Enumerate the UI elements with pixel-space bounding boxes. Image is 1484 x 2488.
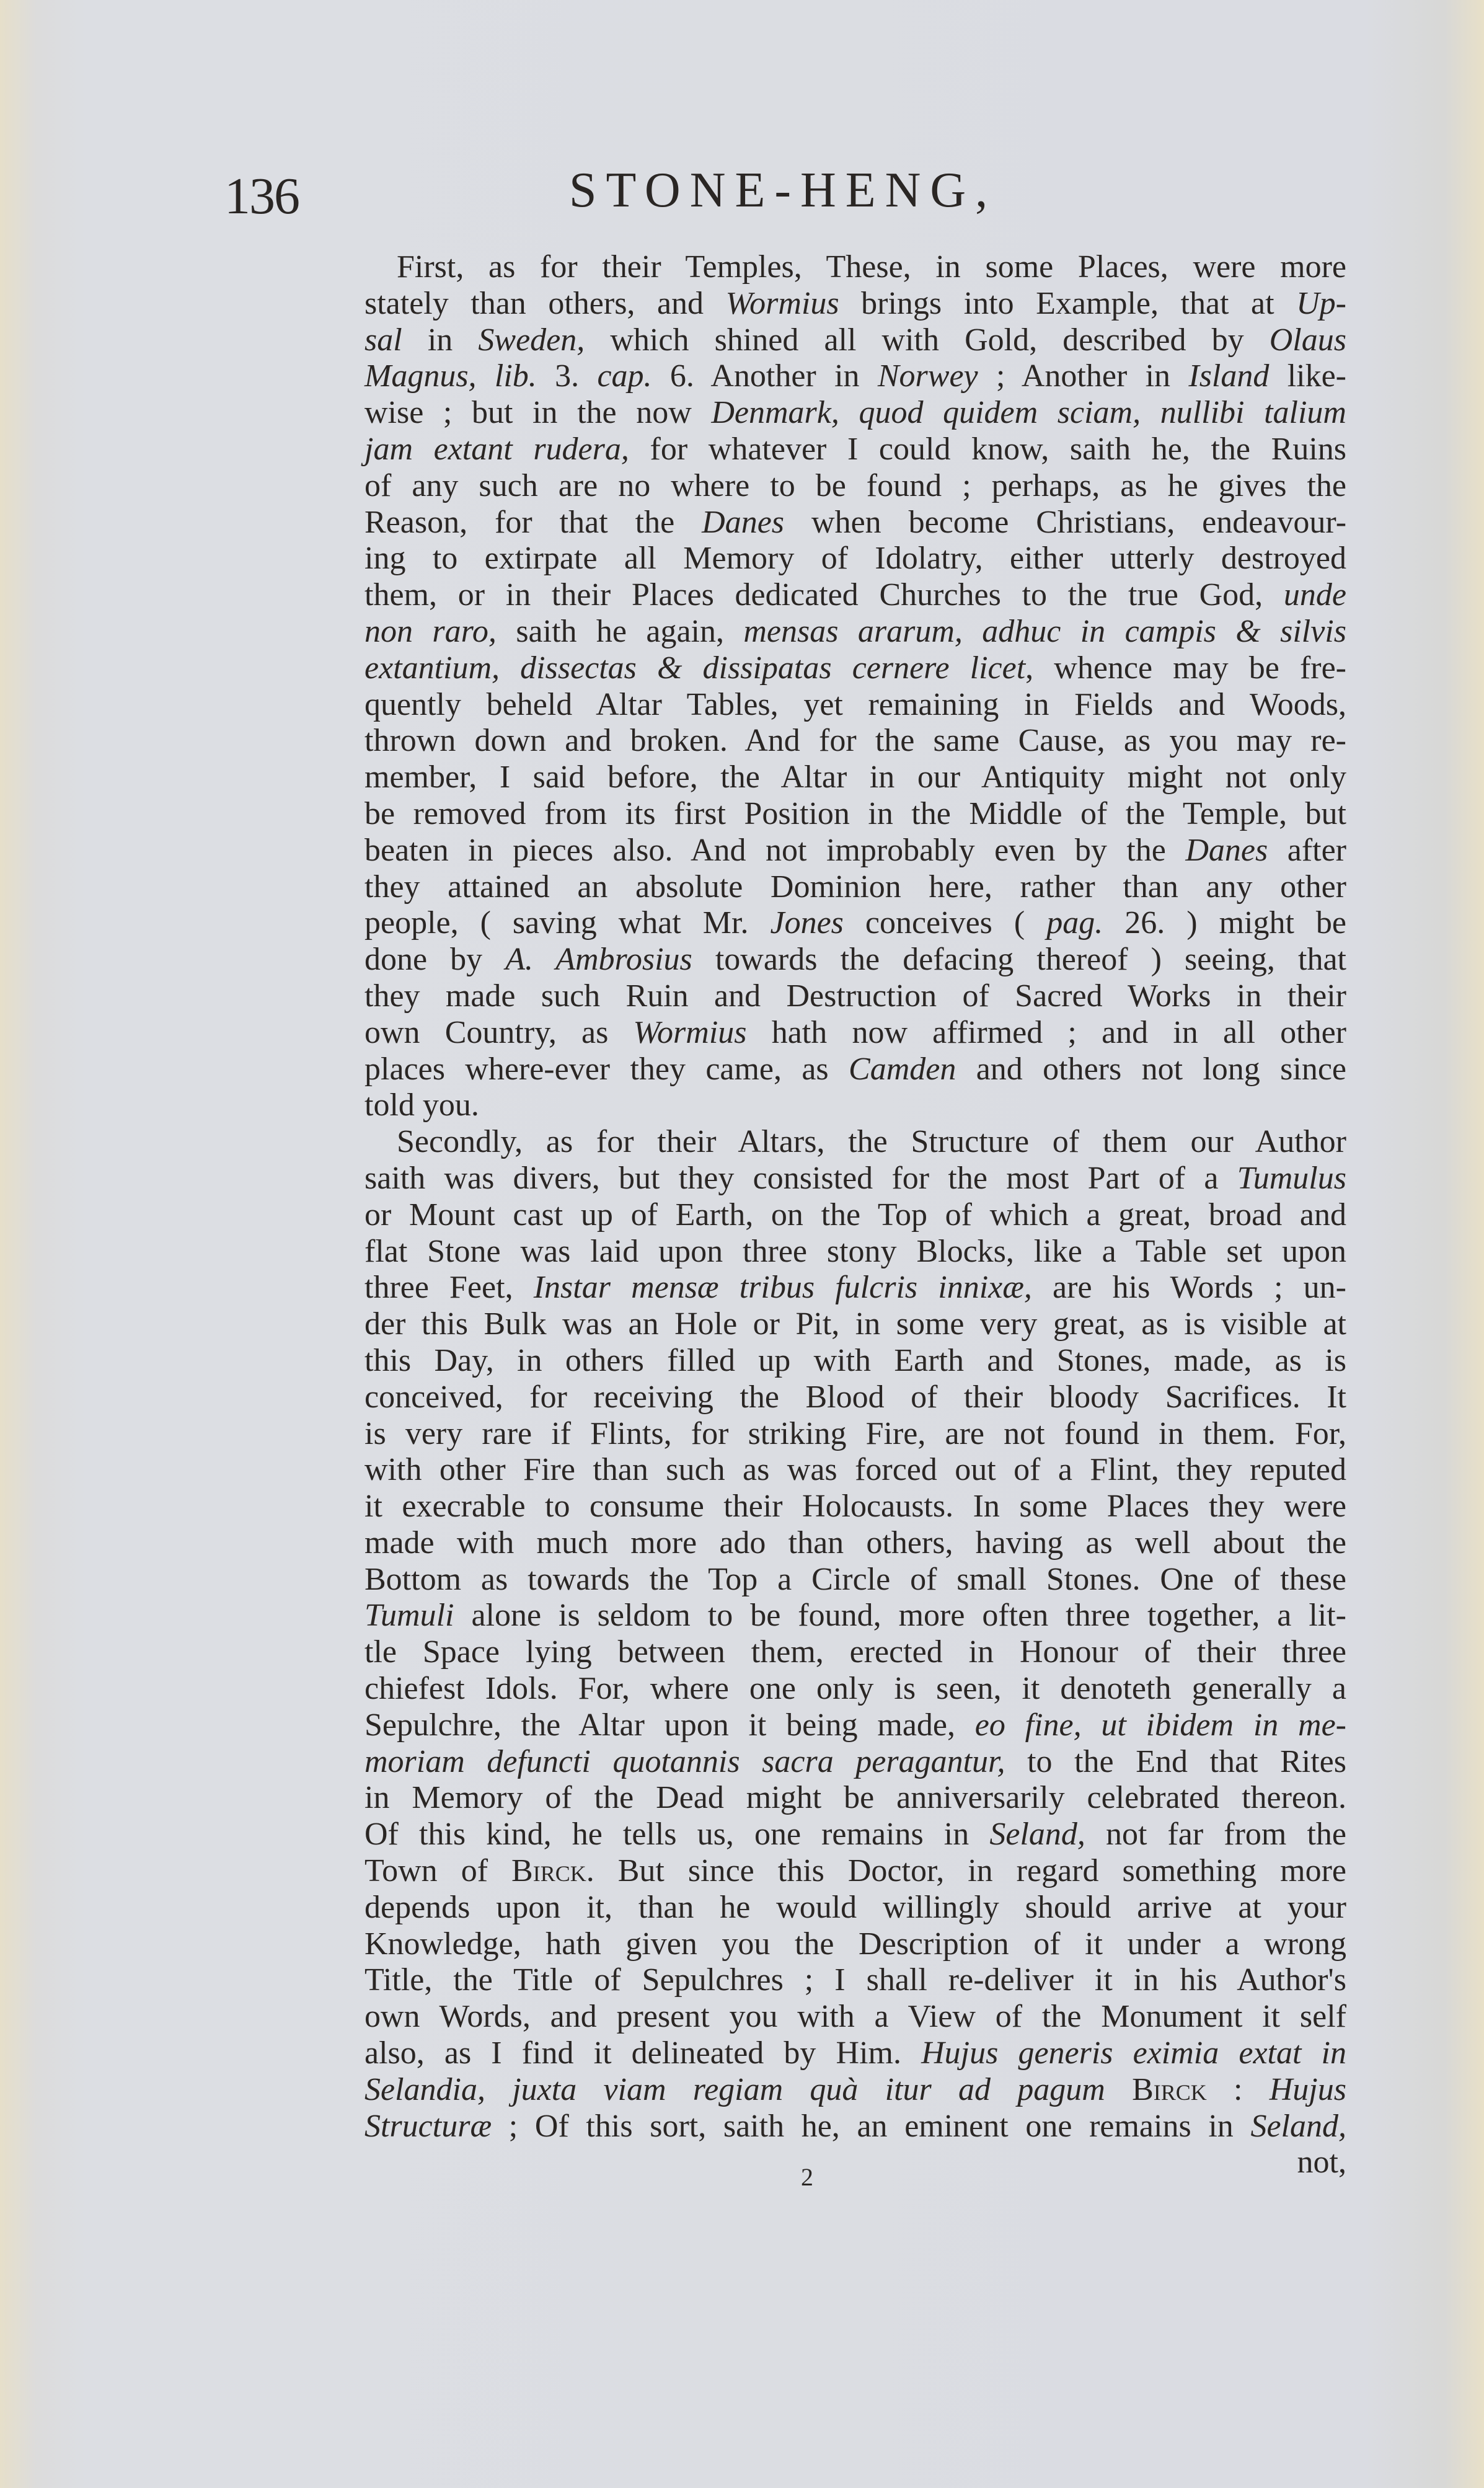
text-line: wise ; but in the now Denmark, quod quid… [364, 395, 1346, 432]
text-line: member, I said before, the Altar in our … [364, 759, 1346, 796]
italic-text: Magnus, lib. [364, 358, 537, 394]
text-line: quently beheld Altar Tables, yet remaini… [364, 687, 1346, 724]
roman-text: Knowledge, hath given you the Descriptio… [364, 1926, 1346, 1962]
roman-text: places where-ever they came, as [364, 1051, 849, 1087]
italic-text: Island [1188, 358, 1269, 394]
catchword: not, [364, 2145, 1346, 2181]
italic-text: Danes [1185, 833, 1268, 868]
text-line: non raro, saith he again, mensas ararum,… [364, 614, 1346, 650]
italic-text: Wormius [726, 286, 839, 321]
roman-text: them, or in their Places dedicated Churc… [364, 577, 1284, 613]
italic-text: cap. [597, 358, 651, 394]
text-line: depends upon it, than he would willingly… [364, 1890, 1346, 1926]
roman-text: chiefest Idols. For, where one only is s… [364, 1671, 1346, 1706]
italic-text: Camden [849, 1051, 956, 1087]
roman-text: saith he again, [497, 614, 743, 649]
text-line: it execrable to consume their Holocausts… [364, 1489, 1346, 1525]
text-line: Town of Birck. But since this Doctor, in… [364, 1853, 1346, 1890]
italic-text: sal [364, 322, 402, 358]
roman-text: they attained an absolute Dominion here,… [364, 869, 1346, 905]
roman-text: three Feet, [364, 1270, 534, 1305]
text-line: or Mount cast up of Earth, on the Top of… [364, 1197, 1346, 1234]
roman-text: Reason, for that the [364, 505, 702, 540]
running-head: STONE-HENG, [569, 162, 997, 219]
roman-text: brings into Example, that at [839, 286, 1297, 321]
italic-text: mensas ararum, adhuc in campis & silvis [743, 614, 1346, 649]
roman-text: : [1207, 2072, 1270, 2107]
roman-text: towards the defacing thereof ) seeing, t… [692, 942, 1346, 977]
signature-mark: 2 [801, 2163, 813, 2192]
roman-text: beaten in pieces also. And not improbabl… [364, 833, 1185, 868]
text-line: chiefest Idols. For, where one only is s… [364, 1671, 1346, 1707]
page-number: 136 [224, 166, 299, 226]
text-line: they made such Ruin and Destruction of S… [364, 978, 1346, 1015]
text-line: Sepulchre, the Altar upon it being made,… [364, 1707, 1346, 1744]
text-line: beaten in pieces also. And not improbabl… [364, 833, 1346, 869]
body-text: First, as for their Temples, These, in s… [364, 249, 1346, 2181]
italic-text: A. Ambrosius [505, 942, 692, 977]
italic-text: Olaus [1270, 322, 1346, 358]
text-line: flat Stone was laid upon three stony Blo… [364, 1234, 1346, 1270]
text-line: Magnus, lib. 3. cap. 6. Another in Norwe… [364, 358, 1346, 395]
roman-text: be removed from its first Position in th… [364, 796, 1346, 831]
roman-text: conceived, for receiving the Blood of th… [364, 1379, 1346, 1415]
italic-text: Hujus generis eximia extat in [921, 2035, 1346, 2071]
text-line: Structuræ ; Of this sort, saith he, an e… [364, 2109, 1346, 2145]
italic-text: non raro, [364, 614, 497, 649]
text-line: Of this kind, he tells us, one remains i… [364, 1817, 1346, 1853]
italic-text: Wormius [634, 1015, 747, 1050]
roman-text: Sepulchre, the Altar upon it being made, [364, 1707, 975, 1743]
small-caps-text: Birck. [511, 1853, 594, 1888]
roman-text: done by [364, 942, 505, 977]
roman-text: flat Stone was laid upon three stony Blo… [364, 1234, 1346, 1269]
text-line: be removed from its first Position in th… [364, 796, 1346, 833]
roman-text: Title, the Title of Sepulchres ; I shall… [364, 1962, 1346, 1998]
text-line: they attained an absolute Dominion here,… [364, 869, 1346, 906]
roman-text: alone is seldom to be found, more often … [454, 1598, 1347, 1633]
italic-text: jam extant rudera, [364, 432, 629, 467]
roman-text: stately than others, and [364, 286, 726, 321]
roman-text: own Country, as [364, 1015, 634, 1050]
text-line: own Words, and present you with a View o… [364, 1999, 1346, 2035]
italic-text: pag. [1046, 905, 1103, 941]
italic-text: Up- [1296, 286, 1346, 321]
italic-text: Jones [770, 905, 843, 941]
roman-text: depends upon it, than he would willingly… [364, 1890, 1346, 1925]
small-caps-text: Birck [1132, 2072, 1207, 2107]
text-line: three Feet, Instar mensæ tribus fulcris … [364, 1270, 1346, 1306]
italic-text: unde [1284, 577, 1346, 613]
roman-text: for whatever I could know, saith he, the… [629, 432, 1346, 467]
text-line: Selandia, juxta viam regiam quà itur ad … [364, 2072, 1346, 2109]
italic-text: Denmark, quod quidem sciam, nullibi tali… [711, 395, 1346, 430]
text-line: Secondly, as for their Altars, the Struc… [364, 1124, 1346, 1161]
text-line: tle Space lying between them, erected in… [364, 1634, 1346, 1671]
roman-text: 3. [537, 358, 598, 394]
roman-text: this Day, in others filled up with Earth… [364, 1343, 1346, 1378]
text-line: stately than others, and Wormius brings … [364, 286, 1346, 322]
italic-text: Norwey [878, 358, 978, 394]
italic-text: eo fine, ut ibidem in me- [975, 1707, 1346, 1743]
roman-text: when become Christians, endeavour- [784, 505, 1346, 540]
roman-text: which shined all with Gold, described by [585, 322, 1270, 358]
italic-text: Seland, [1250, 2109, 1346, 2144]
text-line: thrown down and broken. And for the same… [364, 723, 1346, 759]
text-line: Tumuli alone is seldom to be found, more… [364, 1598, 1346, 1634]
roman-text: Town of [364, 1853, 511, 1888]
roman-text: conceives ( [844, 905, 1046, 941]
italic-text: extantium, dissectas & dissipatas cerner… [364, 650, 1025, 686]
text-line: Title, the Title of Sepulchres ; I shall… [364, 1962, 1346, 1999]
roman-text: to the End that Rites [1005, 1744, 1346, 1779]
text-line: in Memory of the Dead might be anniversa… [364, 1780, 1346, 1817]
roman-text: own Words, and present you with a View o… [364, 1999, 1346, 2034]
text-line: people, ( saving what Mr. Jones conceive… [364, 905, 1346, 942]
text-line: done by A. Ambrosius towards the defacin… [364, 942, 1346, 978]
roman-text: quently beheld Altar Tables, yet remaini… [364, 687, 1346, 722]
text-line: extantium, dissectas & dissipatas cerner… [364, 650, 1346, 687]
roman-text: Secondly, as for their Altars, the Struc… [397, 1124, 1346, 1159]
text-line: Knowledge, hath given you the Descriptio… [364, 1926, 1346, 1963]
roman-text: in Memory of the Dead might be anniversa… [364, 1780, 1346, 1815]
text-line: told you. [364, 1087, 1346, 1124]
text-line: Bottom as towards the Top a Circle of sm… [364, 1562, 1346, 1598]
roman-text: ; Another in [978, 358, 1189, 394]
text-line: is very rare if Flints, for striking Fir… [364, 1416, 1346, 1453]
text-line: made with much more ado than others, hav… [364, 1525, 1346, 1562]
text-line: this Day, in others filled up with Earth… [364, 1343, 1346, 1379]
roman-text: people, ( saving what Mr. [364, 905, 770, 941]
roman-text: is very rare if Flints, for striking Fir… [364, 1416, 1346, 1451]
roman-text: it execrable to consume their Holocausts… [364, 1489, 1346, 1524]
text-line: moriam defuncti quotannis sacra peragant… [364, 1744, 1346, 1781]
roman-text: also, as I find it delineated by Him. [364, 2035, 921, 2071]
italic-text: Seland, [989, 1817, 1085, 1852]
text-line: own Country, as Wormius hath now affirme… [364, 1015, 1346, 1051]
italic-text: Tumuli [364, 1598, 454, 1633]
roman-text: made with much more ado than others, hav… [364, 1525, 1346, 1561]
italic-text: Selandia, juxta viam regiam quà itur ad … [364, 2072, 1105, 2107]
roman-text: , whence may be fre- [1025, 650, 1346, 686]
text-line: saith was divers, but they consisted for… [364, 1161, 1346, 1197]
text-line: conceived, for receiving the Blood of th… [364, 1379, 1346, 1416]
roman-text: wise ; but in the now [364, 395, 711, 430]
roman-text: 6. Another in [652, 358, 878, 394]
text-line: places where-ever they came, as Camden a… [364, 1051, 1346, 1088]
roman-text: of any such are no where to be found ; p… [364, 468, 1346, 503]
roman-text: ing to extirpate all Memory of Idolatry,… [364, 541, 1346, 576]
roman-text: But since this Doctor, in regard somethi… [594, 1853, 1346, 1888]
text-line: Reason, for that the Danes when become C… [364, 505, 1346, 541]
roman-text: 26. ) might be [1103, 905, 1346, 941]
text-line: ing to extirpate all Memory of Idolatry,… [364, 541, 1346, 577]
text-line: First, as for their Temples, These, in s… [364, 249, 1346, 286]
roman-text: member, I said before, the Altar in our … [364, 759, 1346, 795]
italic-text: Instar mensæ tribus fulcris innixæ, [534, 1270, 1032, 1305]
italic-text: Tumulus [1237, 1161, 1346, 1196]
roman-text: Bottom as towards the Top a Circle of sm… [364, 1562, 1346, 1597]
roman-text: saith was divers, but they consisted for… [364, 1161, 1237, 1196]
text-line: them, or in their Places dedicated Churc… [364, 577, 1346, 614]
roman-text: in [402, 322, 479, 358]
roman-text: with other Fire than such as was forced … [364, 1452, 1346, 1487]
text-line: der this Bulk was an Hole or Pit, in som… [364, 1306, 1346, 1343]
roman-text: thrown down and broken. And for the same… [364, 723, 1346, 758]
roman-text: ; Of this sort, saith he, an eminent one… [492, 2109, 1250, 2144]
roman-text: told you. [364, 1087, 479, 1123]
roman-text: and others not long since [956, 1051, 1346, 1087]
text-line: with other Fire than such as was forced … [364, 1452, 1346, 1489]
book-page: 136 STONE-HENG, First, as for their Temp… [0, 0, 1484, 2488]
roman-text: they made such Ruin and Destruction of S… [364, 978, 1346, 1014]
italic-text: Danes [702, 505, 784, 540]
italic-text: Sweden, [478, 322, 585, 358]
text-line: also, as I find it delineated by Him. Hu… [364, 2035, 1346, 2072]
roman-text: Of this kind, he tells us, one remains i… [364, 1817, 989, 1852]
roman-text: not far from the [1085, 1817, 1346, 1852]
roman-text: or Mount cast up of Earth, on the Top of… [364, 1197, 1346, 1233]
roman-text: First, as for their Temples, These, in s… [397, 249, 1346, 285]
text-line: sal in Sweden, which shined all with Gol… [364, 322, 1346, 359]
italic-text: Structuræ [364, 2109, 492, 2144]
roman-text: like- [1269, 358, 1346, 394]
roman-text: hath now affirmed ; and in all other [747, 1015, 1346, 1050]
roman-text [1105, 2072, 1132, 2107]
italic-text: moriam defuncti quotannis sacra peragant… [364, 1744, 1005, 1779]
roman-text: tle Space lying between them, erected in… [364, 1634, 1346, 1670]
text-line: jam extant rudera, for whatever I could … [364, 432, 1346, 468]
roman-text: der this Bulk was an Hole or Pit, in som… [364, 1306, 1346, 1342]
roman-text: are his Words ; un- [1032, 1270, 1346, 1305]
roman-text: after [1268, 833, 1346, 868]
italic-text: Hujus [1270, 2072, 1346, 2107]
text-line: of any such are no where to be found ; p… [364, 468, 1346, 505]
